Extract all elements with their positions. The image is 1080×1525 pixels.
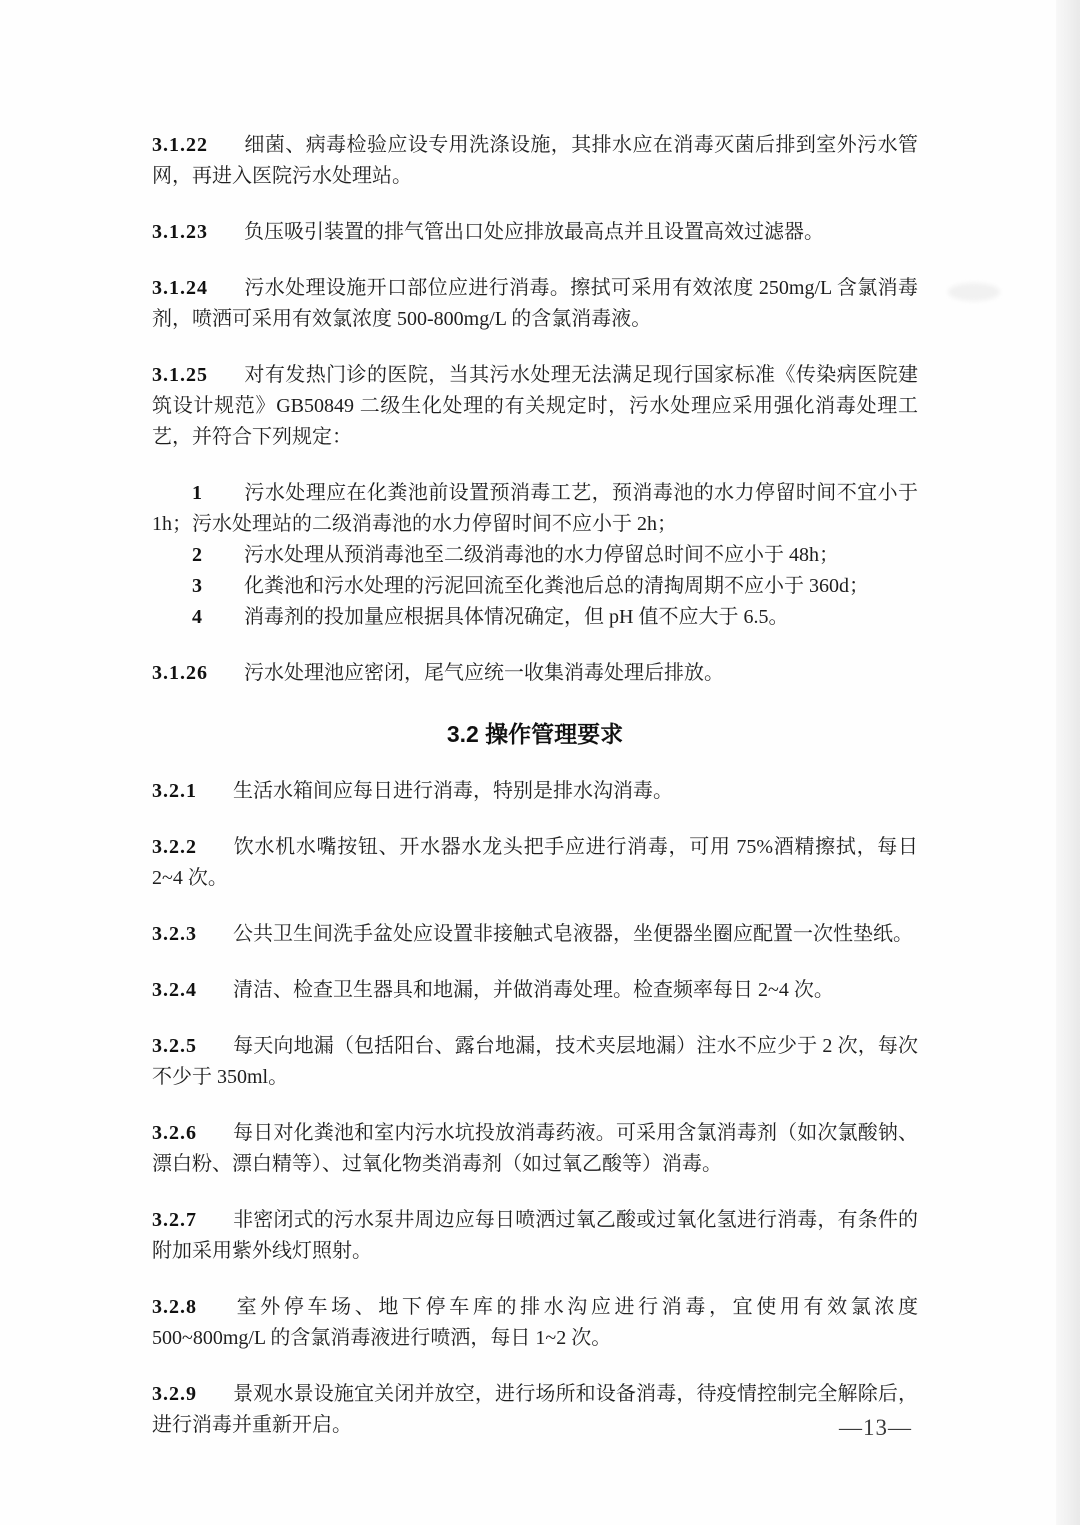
clause-3-1-22: 3.1.22细菌、病毒检验应设专用洗涤设施，其排水应在消毒灭菌后排到室外污水管网…: [152, 130, 918, 192]
clause-3-1-24: 3.1.24污水处理设施开口部位应进行消毒。擦拭可采用有效浓度 250mg/L …: [152, 273, 918, 335]
clause-text: 污水处理设施开口部位应进行消毒。擦拭可采用有效浓度 250mg/L 含氯消毒剂，…: [152, 277, 918, 330]
subitem-number: 1: [192, 482, 202, 504]
clause-text: 细菌、病毒检验应设专用洗涤设施，其排水应在消毒灭菌后排到室外污水管网，再进入医院…: [152, 134, 918, 187]
subitem-number: 4: [192, 606, 202, 628]
document-page: 3.1.22细菌、病毒检验应设专用洗涤设施，其排水应在消毒灭菌后排到室外污水管网…: [0, 0, 1080, 1525]
subitem-number: 2: [192, 544, 202, 566]
clause-number: 3.2.1: [152, 780, 197, 802]
clause-3-2-8: 3.2.8室外停车场、地下停车库的排水沟应进行消毒，宜使用有效氯浓度 500~8…: [152, 1292, 918, 1354]
section-heading: 3.2 操作管理要求: [152, 719, 918, 750]
clause-text: 每日对化粪池和室内污水坑投放消毒药液。可采用含氯消毒剂（如次氯酸钠、漂白粉、漂白…: [152, 1122, 918, 1175]
subitem-text: 消毒剂的投加量应根据具体情况确定，但 pH 值不应大于 6.5。: [244, 606, 788, 628]
clause-number: 3.1.22: [152, 134, 208, 156]
clause-text: 非密闭式的污水泵井周边应每日喷洒过氧乙酸或过氧化氢进行消毒，有条件的附加采用紫外…: [152, 1209, 918, 1262]
clause-3-2-9: 3.2.9景观水景设施宜关闭并放空，进行场所和设备消毒，待疫情控制完全解除后，进…: [152, 1379, 918, 1441]
clause-3-2-2: 3.2.2饮水机水嘴按钮、开水器水龙头把手应进行消毒，可用 75%酒精擦拭，每日…: [152, 832, 918, 894]
clause-number: 3.1.23: [152, 221, 208, 243]
clause-text: 污水处理池应密闭，尾气应统一收集消毒处理后排放。: [244, 662, 724, 684]
subitem-3: 3化粪池和污水处理的污泥回流至化粪池后总的清掏周期不应小于 360d；: [152, 571, 918, 602]
scan-smudge: [948, 283, 1000, 301]
subitem-text: 化粪池和污水处理的污泥回流至化粪池后总的清掏周期不应小于 360d；: [244, 575, 869, 597]
clause-3-2-6: 3.2.6每日对化粪池和室内污水坑投放消毒药液。可采用含氯消毒剂（如次氯酸钠、漂…: [152, 1118, 918, 1180]
clause-3-1-23: 3.1.23负压吸引装置的排气管出口处应排放最高点并且设置高效过滤器。: [152, 217, 918, 248]
subitem-1: 1污水处理应在化粪池前设置预消毒工艺，预消毒池的水力停留时间不宜小于 1h；污水…: [152, 478, 918, 540]
subitem-text: 污水处理应在化粪池前设置预消毒工艺，预消毒池的水力停留时间不宜小于 1h；污水处…: [152, 482, 918, 535]
clause-3-2-1: 3.2.1生活水箱间应每日进行消毒，特别是排水沟消毒。: [152, 776, 918, 807]
subitem-text: 污水处理从预消毒池至二级消毒池的水力停留总时间不应小于 48h；: [244, 544, 839, 566]
clause-number: 3.1.25: [152, 364, 208, 386]
page-number: —13—: [839, 1415, 912, 1441]
clause-number: 3.2.6: [152, 1122, 197, 1144]
clause-3-2-7: 3.2.7非密闭式的污水泵井周边应每日喷洒过氧乙酸或过氧化氢进行消毒，有条件的附…: [152, 1205, 918, 1267]
subitem-number: 3: [192, 575, 202, 597]
clause-number: 3.2.2: [152, 836, 197, 858]
subitem-2: 2污水处理从预消毒池至二级消毒池的水力停留总时间不应小于 48h；: [152, 540, 918, 571]
clause-number: 3.1.26: [152, 662, 208, 684]
clause-text: 公共卫生间洗手盆处应设置非接触式皂液器，坐便器坐圈应配置一次性垫纸。: [233, 923, 913, 945]
clause-number: 3.2.8: [152, 1296, 197, 1318]
subitem-4: 4消毒剂的投加量应根据具体情况确定，但 pH 值不应大于 6.5。: [152, 602, 918, 633]
clause-text: 室外停车场、地下停车库的排水沟应进行消毒，宜使用有效氯浓度 500~800mg/…: [152, 1296, 918, 1349]
clause-text: 对有发热门诊的医院，当其污水处理无法满足现行国家标准《传染病医院建筑设计规范》G…: [152, 364, 918, 448]
clause-text: 负压吸引装置的排气管出口处应排放最高点并且设置高效过滤器。: [244, 221, 824, 243]
document-content: 3.1.22细菌、病毒检验应设专用洗涤设施，其排水应在消毒灭菌后排到室外污水管网…: [152, 130, 918, 1466]
clause-3-2-4: 3.2.4清洁、检查卫生器具和地漏，并做消毒处理。检查频率每日 2~4 次。: [152, 975, 918, 1006]
clause-number: 3.2.7: [152, 1209, 197, 1231]
clause-text: 景观水景设施宜关闭并放空，进行场所和设备消毒，待疫情控制完全解除后，进行消毒并重…: [152, 1383, 918, 1436]
scan-edge-shadow: [1056, 0, 1080, 1525]
clause-3-1-26: 3.1.26污水处理池应密闭，尾气应统一收集消毒处理后排放。: [152, 658, 918, 689]
clause-text: 清洁、检查卫生器具和地漏，并做消毒处理。检查频率每日 2~4 次。: [233, 979, 834, 1001]
clause-3-2-3: 3.2.3公共卫生间洗手盆处应设置非接触式皂液器，坐便器坐圈应配置一次性垫纸。: [152, 919, 918, 950]
clause-3-2-5: 3.2.5每天向地漏（包括阳台、露台地漏，技术夹层地漏）注水不应少于 2 次，每…: [152, 1031, 918, 1093]
clause-3-1-25: 3.1.25对有发热门诊的医院，当其污水处理无法满足现行国家标准《传染病医院建筑…: [152, 360, 918, 453]
clause-number: 3.1.24: [152, 277, 208, 299]
clause-number: 3.2.3: [152, 923, 197, 945]
clause-text: 生活水箱间应每日进行消毒，特别是排水沟消毒。: [233, 780, 673, 802]
clause-number: 3.2.5: [152, 1035, 197, 1057]
clause-text: 每天向地漏（包括阳台、露台地漏，技术夹层地漏）注水不应少于 2 次，每次不少于 …: [152, 1035, 918, 1088]
clause-number: 3.2.9: [152, 1383, 197, 1405]
clause-text: 饮水机水嘴按钮、开水器水龙头把手应进行消毒，可用 75%酒精擦拭，每日 2~4 …: [152, 836, 918, 889]
clause-number: 3.2.4: [152, 979, 197, 1001]
